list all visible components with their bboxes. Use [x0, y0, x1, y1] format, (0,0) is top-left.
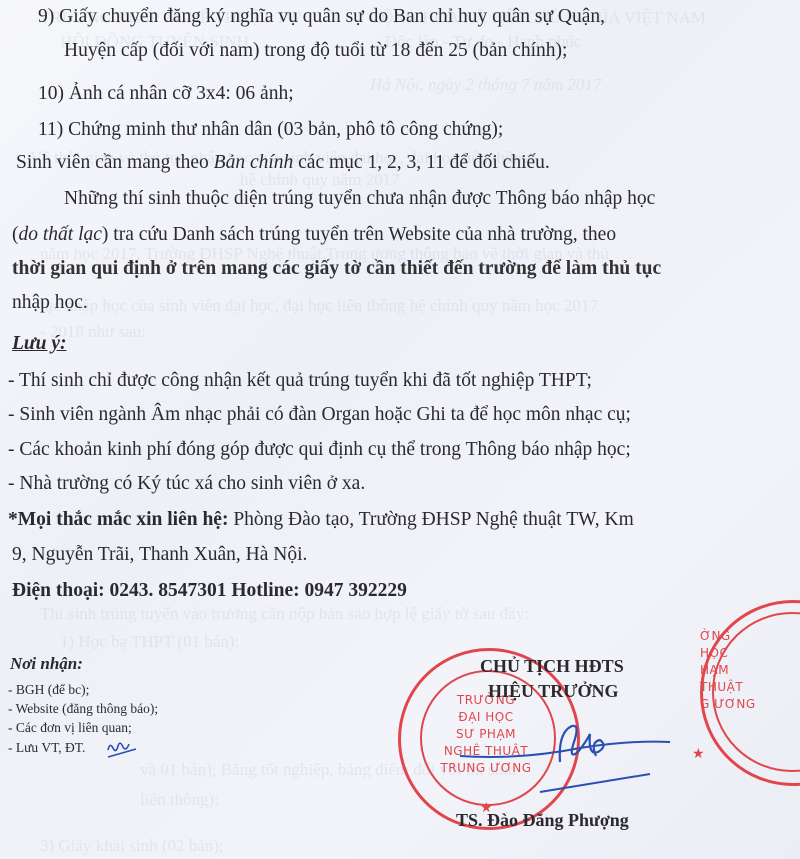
show-through-text: 1) Học bạ THPT (01 bản);: [60, 632, 239, 652]
signature-title-2: HIỆU TRƯỞNG: [488, 681, 619, 702]
signature-scribble-icon: [440, 712, 680, 802]
signature-title-1: CHỦ TỊCH HĐTS: [480, 656, 624, 677]
signer-name: TS. Đào Đăng Phượng: [456, 810, 629, 831]
show-through-text: liên thông);: [140, 790, 219, 810]
recipient-item: - BGH (để bc);: [8, 682, 89, 698]
emphasis-ban-chinh: Bản chính: [214, 152, 294, 173]
lost-notice-line1: Những thí sinh thuộc diện trúng tuyển ch…: [64, 188, 655, 210]
show-through-text: Thí sinh trúng tuyển vào trường cần nộp …: [40, 604, 529, 624]
original-documents-note: Sinh viên cần mang theo Bản chính các mụ…: [16, 152, 550, 174]
lost-notice-line2: (do thất lạc) tra cứu Danh sách trúng tu…: [12, 224, 616, 246]
note-item: - Nhà trường có Ký túc xá cho sinh viên …: [8, 473, 365, 495]
note-item: - Các khoản kinh phí đóng góp được qui đ…: [8, 439, 631, 461]
initial-scribble-icon: [104, 738, 140, 760]
show-through-text: 3) Giấy khai sinh (02 bản);: [40, 836, 224, 856]
notes-heading: Lưu ý:: [12, 333, 66, 355]
list-item-9-line1: 9) Giấy chuyển đăng ký nghĩa vụ quân sự …: [38, 6, 605, 28]
contact-address: 9, Nguyễn Trãi, Thanh Xuân, Hà Nội.: [12, 544, 307, 566]
lost-notice-line4: nhập học.: [12, 292, 88, 314]
recipient-item: - Các đơn vị liên quan;: [8, 720, 132, 736]
list-item-9-line2: Huyện cấp (đối với nam) trong độ tuổi từ…: [64, 40, 567, 62]
recipient-item: - Website (đăng thông báo);: [8, 701, 158, 717]
list-item-11: 11) Chứng minh thư nhân dân (03 bản, phô…: [38, 119, 503, 141]
right-stamp-star: ★: [692, 746, 705, 763]
show-through-text: Hà Nội, ngày 2 tháng 7 năm 2017: [370, 75, 601, 95]
contact-phone: Điện thoại: 0243. 8547301 Hotline: 0947 …: [12, 580, 407, 602]
recipient-item: - Lưu VT, ĐT.: [8, 740, 85, 756]
show-through-text: tục nhập học của sinh viên đại học, đại …: [40, 296, 598, 316]
note-item: - Thí sinh chỉ được công nhận kết quả tr…: [8, 370, 592, 392]
list-item-10: 10) Ảnh cá nhân cỡ 3x4: 06 ảnh;: [38, 83, 294, 105]
contact-line1: *Mọi thắc mắc xin liên hệ: Phòng Đào tạo…: [8, 509, 634, 531]
lost-notice-line3: thời gian qui định ở trên mang các giấy …: [12, 258, 661, 280]
recipients-heading: Nơi nhận:: [10, 654, 83, 674]
contact-label: *Mọi thắc mắc xin liên hệ:: [8, 509, 228, 530]
right-stamp-text: ỜNG HỌC HẠM THUẬT G ƯƠNG: [700, 628, 770, 713]
note-item: - Sinh viên ngành Âm nhạc phải có đàn Or…: [8, 404, 631, 426]
